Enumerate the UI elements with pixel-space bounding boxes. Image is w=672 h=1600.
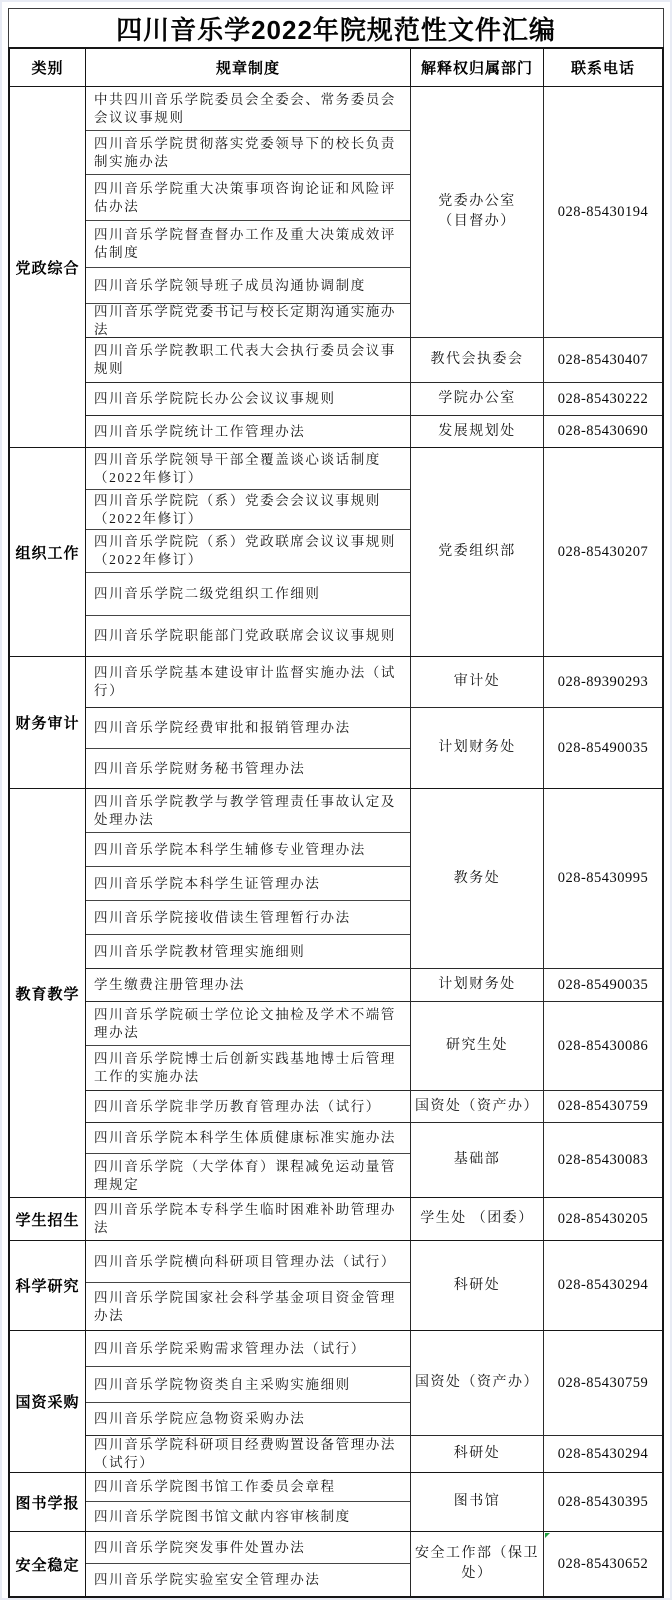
- rules-column: 四川音乐学院统计工作管理办法: [86, 416, 411, 447]
- header-cell-category: 类别: [10, 49, 86, 86]
- rules-column: 四川音乐学院科研项目经费购置设备管理办法（试行）: [86, 1436, 411, 1472]
- rule-cell: 四川音乐学院院（系）党委会会议议事规则（2022年修订）: [86, 490, 410, 530]
- section-row: 图书学报四川音乐学院图书馆工作委员会章程四川音乐学院图书馆文献内容审核制度图书馆…: [10, 1473, 662, 1532]
- rule-cell: 四川音乐学院硕士学位论文抽检及学术不端管理办法: [86, 1002, 410, 1046]
- rule-cell: 学生缴费注册管理办法: [86, 969, 410, 1001]
- document-page: 四川音乐学2022年院规范性文件汇编 类别 规章制度 解释权归属部门 联系电话 …: [0, 0, 672, 1600]
- rule-cell: 四川音乐学院经费审批和报销管理办法: [86, 708, 410, 749]
- rule-cell: 四川音乐学院物资类自主采购实施细则: [86, 1367, 410, 1403]
- department-group: 四川音乐学院院长办公会议议事规则学院办公室028-85430222: [86, 382, 662, 415]
- department-group: 四川音乐学院经费审批和报销管理办法四川音乐学院财务秘书管理办法计划财务处028-…: [86, 707, 662, 788]
- department-group: 四川音乐学院统计工作管理办法发展规划处028-85430690: [86, 415, 662, 447]
- section-body: 四川音乐学院领导干部全覆盖谈心谈话制度（2022年修订）四川音乐学院院（系）党委…: [86, 448, 662, 656]
- department-group: 四川音乐学院本科学生体质健康标准实施办法四川音乐学院（大学体育）课程减免运动量管…: [86, 1122, 662, 1197]
- rule-cell: 四川音乐学院重大决策事项咨询论证和风险评估办法: [86, 175, 410, 221]
- rule-cell: 四川音乐学院博士后创新实践基地博士后管理工作的实施办法: [86, 1046, 410, 1090]
- department-cell: 安全工作部（保卫 处）: [411, 1532, 544, 1596]
- section-body: 四川音乐学院图书馆工作委员会章程四川音乐学院图书馆文献内容审核制度图书馆028-…: [86, 1473, 662, 1531]
- phone-cell: 028-85430086: [544, 1002, 662, 1090]
- section-body: 四川音乐学院突发事件处置办法四川音乐学院实验室安全管理办法安全工作部（保卫 处）…: [86, 1532, 662, 1596]
- rule-cell: 四川音乐学院基本建设审计监督实施办法（试行）: [86, 657, 410, 707]
- phone-cell: 028-85490035: [544, 708, 662, 788]
- section-row: 党政综合中共四川音乐学院委员会全委会、常务委员会会议议事规则四川音乐学院贯彻落实…: [10, 87, 662, 448]
- cell-corner-marker: [545, 1533, 550, 1538]
- section-row: 组织工作四川音乐学院领导干部全覆盖谈心谈话制度（2022年修订）四川音乐学院院（…: [10, 448, 662, 657]
- rules-column: 四川音乐学院教学与教学管理责任事故认定及处理办法四川音乐学院本科学生辅修专业管理…: [86, 789, 411, 968]
- rules-column: 四川音乐学院经费审批和报销管理办法四川音乐学院财务秘书管理办法: [86, 708, 411, 788]
- section-body: 四川音乐学院本专科学生临时困难补助管理办法学生处 （团委）028-8543020…: [86, 1198, 662, 1240]
- rule-cell: 四川音乐学院突发事件处置办法: [86, 1532, 410, 1564]
- rule-cell: 四川音乐学院横向科研项目管理办法（试行）: [86, 1241, 410, 1283]
- rule-cell: 四川音乐学院院长办公会议议事规则: [86, 383, 410, 415]
- rules-column: 四川音乐学院非学历教育管理办法（试行）: [86, 1091, 411, 1122]
- table-header-row: 类别 规章制度 解释权归属部门 联系电话: [10, 49, 662, 87]
- rules-column: 中共四川音乐学院委员会全委会、常务委员会会议议事规则四川音乐学院贯彻落实党委领导…: [86, 87, 411, 337]
- department-group: 四川音乐学院本专科学生临时困难补助管理办法学生处 （团委）028-8543020…: [86, 1198, 662, 1240]
- rules-column: 四川音乐学院本专科学生临时困难补助管理办法: [86, 1198, 411, 1240]
- category-cell: 党政综合: [10, 87, 86, 447]
- rule-cell: 四川音乐学院职能部门党政联席会议议事规则: [86, 616, 410, 656]
- rules-column: 四川音乐学院采购需求管理办法（试行）四川音乐学院物资类自主采购实施细则四川音乐学…: [86, 1331, 411, 1435]
- rule-cell: 四川音乐学院本科学生辅修专业管理办法: [86, 833, 410, 867]
- category-cell: 国资采购: [10, 1331, 86, 1472]
- rule-cell: 四川音乐学院非学历教育管理办法（试行）: [86, 1091, 410, 1122]
- department-group: 四川音乐学院教学与教学管理责任事故认定及处理办法四川音乐学院本科学生辅修专业管理…: [86, 789, 662, 968]
- rules-column: 四川音乐学院图书馆工作委员会章程四川音乐学院图书馆文献内容审核制度: [86, 1473, 411, 1531]
- section-body: 中共四川音乐学院委员会全委会、常务委员会会议议事规则四川音乐学院贯彻落实党委领导…: [86, 87, 662, 447]
- section-row: 科学研究四川音乐学院横向科研项目管理办法（试行）四川音乐学院国家社会科学基金项目…: [10, 1241, 662, 1331]
- department-group: 四川音乐学院图书馆工作委员会章程四川音乐学院图书馆文献内容审核制度图书馆028-…: [86, 1473, 662, 1531]
- regulations-table: 类别 规章制度 解释权归属部门 联系电话 党政综合中共四川音乐学院委员会全委会、…: [8, 47, 664, 1598]
- rule-cell: 四川音乐学院财务秘书管理办法: [86, 749, 410, 788]
- department-cell: 学院办公室: [411, 383, 544, 415]
- department-cell: 党委办公室 （目督办）: [411, 87, 544, 337]
- phone-cell: 028-85430194: [544, 87, 662, 337]
- rule-cell: 四川音乐学院本科学生体质健康标准实施办法: [86, 1123, 410, 1154]
- rules-column: 学生缴费注册管理办法: [86, 969, 411, 1001]
- department-group: 中共四川音乐学院委员会全委会、常务委员会会议议事规则四川音乐学院贯彻落实党委领导…: [86, 87, 662, 337]
- rule-cell: 四川音乐学院督查督办工作及重大决策成效评估制度: [86, 221, 410, 268]
- section-body: 四川音乐学院基本建设审计监督实施办法（试行）审计处028-89390293四川音…: [86, 657, 662, 788]
- rule-cell: 四川音乐学院国家社会科学基金项目资金管理办法: [86, 1283, 410, 1330]
- rules-column: 四川音乐学院领导干部全覆盖谈心谈话制度（2022年修订）四川音乐学院院（系）党委…: [86, 448, 411, 656]
- department-group: 四川音乐学院突发事件处置办法四川音乐学院实验室安全管理办法安全工作部（保卫 处）…: [86, 1532, 662, 1596]
- department-cell: 国资处（资产办）: [411, 1091, 544, 1122]
- section-body: 四川音乐学院教学与教学管理责任事故认定及处理办法四川音乐学院本科学生辅修专业管理…: [86, 789, 662, 1197]
- rule-cell: 四川音乐学院实验室安全管理办法: [86, 1564, 410, 1596]
- department-cell: 学生处 （团委）: [411, 1198, 544, 1240]
- phone-cell: 028-85430407: [544, 338, 662, 382]
- rule-cell: 中共四川音乐学院委员会全委会、常务委员会会议议事规则: [86, 87, 410, 131]
- section-row: 财务审计四川音乐学院基本建设审计监督实施办法（试行）审计处028-8939029…: [10, 657, 662, 789]
- department-cell: 发展规划处: [411, 416, 544, 447]
- phone-cell: 028-89390293: [544, 657, 662, 707]
- category-cell: 教育教学: [10, 789, 86, 1197]
- page-title: 四川音乐学2022年院规范性文件汇编: [8, 8, 664, 48]
- department-cell: 计划财务处: [411, 969, 544, 1001]
- rules-column: 四川音乐学院硕士学位论文抽检及学术不端管理办法四川音乐学院博士后创新实践基地博士…: [86, 1002, 411, 1090]
- department-group: 四川音乐学院非学历教育管理办法（试行）国资处（资产办）028-85430759: [86, 1090, 662, 1122]
- department-cell: 国资处（资产办）: [411, 1331, 544, 1435]
- phone-cell: 028-85430083: [544, 1123, 662, 1197]
- department-cell: 教务处: [411, 789, 544, 968]
- rule-cell: 四川音乐学院采购需求管理办法（试行）: [86, 1331, 410, 1367]
- rule-cell: 四川音乐学院院（系）党政联席会议议事规则（2022年修订）: [86, 530, 410, 573]
- department-group: 四川音乐学院硕士学位论文抽检及学术不端管理办法四川音乐学院博士后创新实践基地博士…: [86, 1001, 662, 1090]
- department-group: 四川音乐学院基本建设审计监督实施办法（试行）审计处028-89390293: [86, 657, 662, 707]
- department-cell: 图书馆: [411, 1473, 544, 1531]
- department-cell: 教代会执委会: [411, 338, 544, 382]
- category-cell: 学生招生: [10, 1198, 86, 1240]
- department-cell: 审计处: [411, 657, 544, 707]
- rule-cell: 四川音乐学院图书馆文献内容审核制度: [86, 1502, 410, 1531]
- category-cell: 财务审计: [10, 657, 86, 788]
- rule-cell: 四川音乐学院应急物资采购办法: [86, 1403, 410, 1435]
- department-cell: 党委组织部: [411, 448, 544, 656]
- rule-cell: 四川音乐学院本科学生证管理办法: [86, 867, 410, 901]
- section-row: 学生招生四川音乐学院本专科学生临时困难补助管理办法学生处 （团委）028-854…: [10, 1198, 662, 1241]
- header-cell-phone: 联系电话: [544, 49, 662, 86]
- section-body: 四川音乐学院采购需求管理办法（试行）四川音乐学院物资类自主采购实施细则四川音乐学…: [86, 1331, 662, 1472]
- rule-cell: 四川音乐学院统计工作管理办法: [86, 416, 410, 447]
- department-cell: 基础部: [411, 1123, 544, 1197]
- rule-cell: 四川音乐学院（大学体育）课程减免运动量管理规定: [86, 1154, 410, 1197]
- department-cell: 科研处: [411, 1436, 544, 1472]
- rule-cell: 四川音乐学院教学与教学管理责任事故认定及处理办法: [86, 789, 410, 833]
- section-row: 安全稳定四川音乐学院突发事件处置办法四川音乐学院实验室安全管理办法安全工作部（保…: [10, 1532, 662, 1596]
- department-cell: 计划财务处: [411, 708, 544, 788]
- phone-cell: 028-85430759: [544, 1091, 662, 1122]
- phone-cell: 028-85430759: [544, 1331, 662, 1435]
- rules-column: 四川音乐学院院长办公会议议事规则: [86, 383, 411, 415]
- rule-cell: 四川音乐学院科研项目经费购置设备管理办法（试行）: [86, 1436, 410, 1472]
- phone-cell: 028-85430294: [544, 1241, 662, 1330]
- rules-column: 四川音乐学院突发事件处置办法四川音乐学院实验室安全管理办法: [86, 1532, 411, 1596]
- phone-cell: 028-85430207: [544, 448, 662, 656]
- section-body: 四川音乐学院横向科研项目管理办法（试行）四川音乐学院国家社会科学基金项目资金管理…: [86, 1241, 662, 1330]
- department-group: 四川音乐学院采购需求管理办法（试行）四川音乐学院物资类自主采购实施细则四川音乐学…: [86, 1331, 662, 1435]
- phone-cell: 028-85490035: [544, 969, 662, 1001]
- department-group: 四川音乐学院教职工代表大会执行委员会议事规则教代会执委会028-85430407: [86, 337, 662, 382]
- rules-column: 四川音乐学院教职工代表大会执行委员会议事规则: [86, 338, 411, 382]
- rule-cell: 四川音乐学院图书馆工作委员会章程: [86, 1473, 410, 1502]
- department-cell: 研究生处: [411, 1002, 544, 1090]
- section-row: 国资采购四川音乐学院采购需求管理办法（试行）四川音乐学院物资类自主采购实施细则四…: [10, 1331, 662, 1473]
- phone-cell: 028-85430205: [544, 1198, 662, 1240]
- category-cell: 组织工作: [10, 448, 86, 656]
- phone-cell: 028-85430395: [544, 1473, 662, 1531]
- rule-cell: 四川音乐学院贯彻落实党委领导下的校长负责制实施办法: [86, 131, 410, 175]
- rule-cell: 四川音乐学院党委书记与校长定期沟通实施办法: [86, 304, 410, 337]
- rule-cell: 四川音乐学院二级党组织工作细则: [86, 573, 410, 616]
- phone-cell: 028-85430690: [544, 416, 662, 447]
- rule-cell: 四川音乐学院教职工代表大会执行委员会议事规则: [86, 338, 410, 382]
- department-group: 四川音乐学院科研项目经费购置设备管理办法（试行）科研处028-85430294: [86, 1435, 662, 1472]
- phone-cell: 028-85430652: [544, 1532, 662, 1596]
- category-cell: 图书学报: [10, 1473, 86, 1531]
- department-cell: 科研处: [411, 1241, 544, 1330]
- rules-column: 四川音乐学院本科学生体质健康标准实施办法四川音乐学院（大学体育）课程减免运动量管…: [86, 1123, 411, 1197]
- category-cell: 科学研究: [10, 1241, 86, 1330]
- rule-cell: 四川音乐学院领导班子成员沟通协调制度: [86, 268, 410, 304]
- rules-column: 四川音乐学院基本建设审计监督实施办法（试行）: [86, 657, 411, 707]
- rules-column: 四川音乐学院横向科研项目管理办法（试行）四川音乐学院国家社会科学基金项目资金管理…: [86, 1241, 411, 1330]
- phone-cell: 028-85430995: [544, 789, 662, 968]
- header-cell-department: 解释权归属部门: [411, 49, 544, 86]
- rule-cell: 四川音乐学院教材管理实施细则: [86, 935, 410, 968]
- rule-cell: 四川音乐学院本专科学生临时困难补助管理办法: [86, 1198, 410, 1240]
- header-cell-regulation: 规章制度: [86, 49, 411, 86]
- department-group: 学生缴费注册管理办法计划财务处028-85490035: [86, 968, 662, 1001]
- department-group: 四川音乐学院领导干部全覆盖谈心谈话制度（2022年修订）四川音乐学院院（系）党委…: [86, 448, 662, 656]
- category-cell: 安全稳定: [10, 1532, 86, 1596]
- table-body: 党政综合中共四川音乐学院委员会全委会、常务委员会会议议事规则四川音乐学院贯彻落实…: [10, 87, 662, 1596]
- rule-cell: 四川音乐学院接收借读生管理暂行办法: [86, 901, 410, 935]
- section-row: 教育教学四川音乐学院教学与教学管理责任事故认定及处理办法四川音乐学院本科学生辅修…: [10, 789, 662, 1198]
- phone-cell: 028-85430222: [544, 383, 662, 415]
- rule-cell: 四川音乐学院领导干部全覆盖谈心谈话制度（2022年修订）: [86, 448, 410, 490]
- department-group: 四川音乐学院横向科研项目管理办法（试行）四川音乐学院国家社会科学基金项目资金管理…: [86, 1241, 662, 1330]
- phone-cell: 028-85430294: [544, 1436, 662, 1472]
